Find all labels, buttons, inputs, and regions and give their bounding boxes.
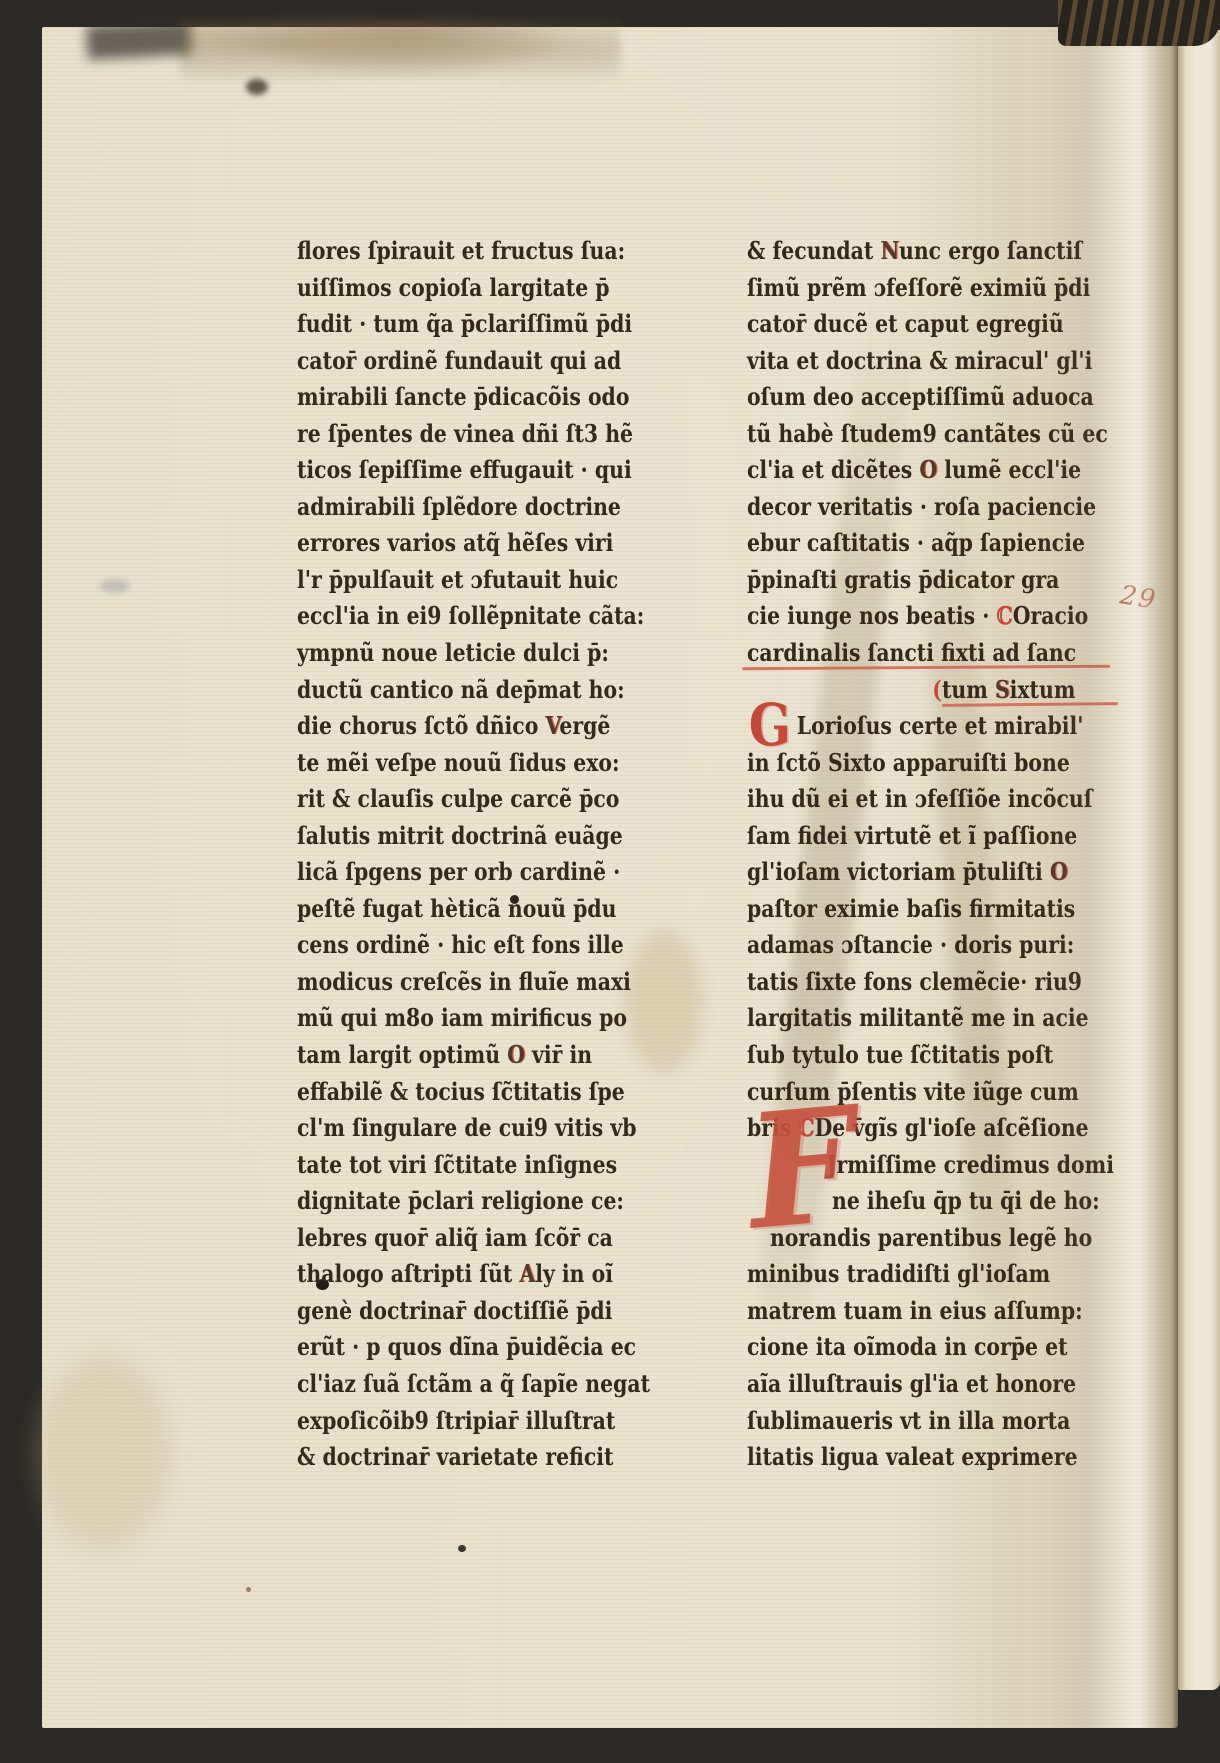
text-segment: p̄pinaſti gratis p̄dicator gra bbox=[747, 565, 1059, 594]
text-segment: litatis ligua valeat exprimere bbox=[747, 1442, 1078, 1471]
text-line: cator̄ ordinẽ fundauit qui ad bbox=[297, 343, 671, 380]
text-line: eccl'ia in ei9 ſollẽpnitate cãta: bbox=[297, 598, 671, 635]
text-line: mũ qui m8o iam mirificus po bbox=[297, 1000, 671, 1037]
text-segment: cator̄ ducẽ et caput egregiũ bbox=[747, 309, 1064, 338]
text-segment: peſtẽ fugat hèticã nouũ p̄du bbox=[297, 894, 616, 923]
text-segment: rit & clauſis culpe carcẽ p̄co bbox=[297, 784, 619, 813]
text-line: paſtor eximie baſis firmitatis bbox=[747, 891, 1121, 928]
text-line: matrem tuam in eius aſſump: bbox=[747, 1293, 1121, 1330]
rubric-segment: O bbox=[919, 455, 937, 484]
text-segment: mũ qui m8o iam mirificus po bbox=[297, 1003, 627, 1032]
text-line: vita et doctrina & miracul' gl'i bbox=[747, 343, 1121, 380]
text-segment: cie iunge nos beatis · bbox=[747, 601, 996, 630]
rubric-segment: O bbox=[507, 1040, 525, 1069]
text-segment: ixtum bbox=[1010, 675, 1076, 704]
text-line: re ſp̄entes de vinea dñi ſt3 hẽ bbox=[297, 416, 671, 453]
text-line: GLorioſus certe et mirabil' bbox=[747, 708, 1121, 745]
text-segment: oſum deo acceptiſſimũ aduoca bbox=[747, 382, 1094, 411]
text-segment: tũ habè ſtudem9 cantãtes cũ ec bbox=[747, 419, 1108, 448]
text-line: ſublimaueris vt in illa morta bbox=[747, 1403, 1121, 1440]
text-line: cens ordinẽ · hic eſt fons ille bbox=[297, 927, 671, 964]
text-line: te mẽi veſpe nouũ ſidus exo: bbox=[297, 745, 671, 782]
text-line: ebur caſtitatis · aq̃p ſapiencie bbox=[747, 525, 1121, 562]
text-segment: Oracio bbox=[1013, 601, 1089, 630]
text-segment: decor veritatis · roſa paciencie bbox=[747, 492, 1096, 521]
photo-background: flores ſpirauit et fructus ſua:uiſſimos … bbox=[0, 0, 1220, 1763]
text-line: decor veritatis · roſa paciencie bbox=[747, 489, 1121, 526]
text-segment: admirabili ſplẽdore doctrine bbox=[297, 492, 621, 521]
text-segment: ebur caſtitatis · aq̃p ſapiencie bbox=[747, 528, 1085, 557]
text-line: cator̄ ducẽ et caput egregiũ bbox=[747, 306, 1121, 343]
rubric-segment: S bbox=[995, 675, 1010, 704]
text-segment: vita et doctrina & miracul' gl'i bbox=[747, 346, 1092, 375]
text-line: die chorus ſctõ dñico Vergẽ bbox=[297, 708, 671, 745]
text-segment: uiſſimos copioſa largitate p̄ bbox=[297, 273, 610, 302]
text-segment: ympnũ noue leticie dulci p̄: bbox=[297, 638, 609, 667]
text-line: tũ habè ſtudem9 cantãtes cũ ec bbox=[747, 416, 1121, 453]
text-column-right: & fecundat Nunc ergo ſanctiſſimũ prẽm ɔf… bbox=[747, 233, 1187, 1476]
text-line: genè doctrinar̄ doctiſſiẽ p̄di bbox=[297, 1293, 671, 1330]
text-line: admirabili ſplẽdore doctrine bbox=[297, 489, 671, 526]
stain-left-margin bbox=[36, 1355, 172, 1551]
text-segment: largitatis militantẽ me in acie bbox=[747, 1003, 1089, 1032]
stain-top-edge bbox=[180, 19, 620, 93]
text-segment: lebres quor̄ aliq̃ iam ſcõr̄ ca bbox=[297, 1223, 613, 1252]
text-line: ihu dũ ei et in ɔfeſſiõe incõcuſ bbox=[747, 781, 1121, 818]
text-line: ſimũ prẽm ɔfeſſorẽ eximiũ p̄di bbox=[747, 270, 1121, 307]
text-line: lebres quor̄ aliq̃ iam ſcõr̄ ca bbox=[297, 1220, 671, 1257]
rubric-segment: A bbox=[519, 1259, 535, 1288]
text-line: & fecundat Nunc ergo ſanctiſ bbox=[747, 233, 1121, 270]
rubric-segment: N bbox=[880, 236, 899, 265]
text-segment: unc ergo ſanctiſ bbox=[899, 236, 1082, 265]
text-line: thalogo aſtripti ſũt Aly in oĩ bbox=[297, 1256, 671, 1293]
text-line: rit & clauſis culpe carcẽ p̄co bbox=[297, 781, 671, 818]
text-segment: cardinalis ſancti fixti ad ſanc bbox=[747, 638, 1076, 667]
text-column-left: flores ſpirauit et fructus ſua:uiſſimos … bbox=[297, 233, 737, 1476]
text-segment: modicus creſcẽs in fluĩe maxi bbox=[297, 967, 631, 996]
text-segment: minibus tradidiſti gl'ioſam bbox=[747, 1259, 1050, 1288]
text-segment: cator̄ ordinẽ fundauit qui ad bbox=[297, 346, 621, 375]
text-line: peſtẽ fugat hèticã nouũ p̄du bbox=[297, 891, 671, 928]
text-segment: tate tot viri ſc̃titate inſignes bbox=[297, 1150, 617, 1179]
text-segment: cens ordinẽ · hic eſt fons ille bbox=[297, 930, 624, 959]
text-segment: matrem tuam in eius aſſump: bbox=[747, 1296, 1083, 1325]
text-line: ticos ſepiſſime effugauit · qui bbox=[297, 452, 671, 489]
text-line: ſam fidei virtutẽ et ĩ paſſione bbox=[747, 818, 1121, 855]
stain-smudge bbox=[100, 579, 130, 593]
text-segment: tum bbox=[942, 675, 995, 704]
book-page: flores ſpirauit et fructus ſua:uiſſimos … bbox=[42, 27, 1178, 1728]
text-line: licã ſpgens per orb cardinẽ · bbox=[297, 854, 671, 891]
text-segment: ly in oĩ bbox=[535, 1259, 613, 1288]
text-segment: in ſctõ Sixto apparuiſti bone bbox=[747, 748, 1070, 777]
text-segment: die chorus ſctõ dñico bbox=[297, 711, 545, 740]
text-segment: gl'ioſam victoriam p̄tuliſti bbox=[747, 857, 1050, 886]
text-line: largitatis militantẽ me in acie bbox=[747, 1000, 1121, 1037]
text-line: cione ita oĩmoda in corp̄e et bbox=[747, 1329, 1121, 1366]
rubric-segment: ( bbox=[932, 675, 942, 704]
rubric-segment: G bbox=[749, 711, 791, 739]
text-line: cl'm ſingulare de cui9 vitis vb bbox=[297, 1110, 671, 1147]
text-line: cie iunge nos beatis · ℂOracio bbox=[747, 598, 1121, 635]
text-segment: genè doctrinar̄ doctiſſiẽ p̄di bbox=[297, 1296, 612, 1325]
ink-blot bbox=[246, 1587, 251, 1592]
text-line: ductũ cantico nã dep̄mat ho: bbox=[297, 672, 671, 709]
text-line: l'r p̄pulſauit et ɔfutauit huic bbox=[297, 562, 671, 599]
text-line: mirabili ſancte p̄dicacõis odo bbox=[297, 379, 671, 416]
text-line: flores ſpirauit et fructus ſua: bbox=[297, 233, 671, 270]
text-segment: & fecundat bbox=[747, 236, 880, 265]
text-line: uiſſimos copioſa largitate p̄ bbox=[297, 270, 671, 307]
text-line: ſalutis mitrit doctrinã euãge bbox=[297, 818, 671, 855]
text-line: tatis ſixte fons clemẽcie· riu9 bbox=[747, 964, 1121, 1001]
text-line: dignitate p̄clari religione ce: bbox=[297, 1183, 671, 1220]
text-segment: cl'iaz ſuã ſctãm a q̃ ſapĩe negat bbox=[297, 1369, 650, 1398]
text-segment: l'r p̄pulſauit et ɔfutauit huic bbox=[297, 565, 618, 594]
text-segment: cl'ia et dicẽtes bbox=[747, 455, 919, 484]
ink-blot bbox=[458, 1545, 466, 1552]
text-segment: ergẽ bbox=[559, 711, 610, 740]
text-line: & doctrinar̄ varietate reficit bbox=[297, 1439, 671, 1476]
text-segment: mirabili ſancte p̄dicacõis odo bbox=[297, 382, 629, 411]
text-line: ympnũ noue leticie dulci p̄: bbox=[297, 635, 671, 672]
text-line: p̄pinaſti gratis p̄dicator gra bbox=[747, 562, 1121, 599]
text-line: minibus tradidiſti gl'ioſam bbox=[747, 1256, 1121, 1293]
text-segment: Lorioſus certe et mirabil' bbox=[797, 711, 1084, 740]
text-segment: eccl'ia in ei9 ſollẽpnitate cãta: bbox=[297, 601, 644, 630]
stain-dark-spot bbox=[246, 79, 268, 95]
text-line: fudit · tum q̃a p̄clariſſimũ p̄di bbox=[297, 306, 671, 343]
text-segment: re ſp̄entes de vinea dñi ſt3 hẽ bbox=[297, 419, 633, 448]
text-segment: ticos ſepiſſime effugauit · qui bbox=[297, 455, 632, 484]
text-segment: erũt · p quos dĩna p̄uidẽcia ec bbox=[297, 1332, 636, 1361]
text-line: errores varios atq̃ hẽſes viri bbox=[297, 525, 671, 562]
text-line: tate tot viri ſc̃titate inſignes bbox=[297, 1147, 671, 1184]
text-segment: adamas ɔſtancie · doris puri: bbox=[747, 930, 1074, 959]
text-segment: expoſicõib9 ſtripiar̄ illuſtrat bbox=[297, 1406, 615, 1435]
text-segment: tam largit optimũ bbox=[297, 1040, 507, 1069]
rubric-segment: V bbox=[545, 711, 559, 740]
text-segment: te mẽi veſpe nouũ ſidus exo: bbox=[297, 748, 620, 777]
text-segment: effabilẽ & tocius ſc̃titatis ſpe bbox=[297, 1077, 625, 1106]
text-segment: ſub tytulo tue ſc̃titatis poſt bbox=[747, 1040, 1053, 1069]
text-segment: licã ſpgens per orb cardinẽ · bbox=[297, 857, 620, 886]
text-line: ſub tytulo tue ſc̃titatis poſt bbox=[747, 1037, 1121, 1074]
text-segment: lumẽ eccl'ie bbox=[937, 455, 1081, 484]
text-segment: ſimũ prẽm ɔfeſſorẽ eximiũ p̄di bbox=[747, 273, 1090, 302]
text-segment: aĩa illuſtrauis gl'ia et honore bbox=[747, 1369, 1076, 1398]
text-segment: fudit · tum q̃a p̄clariſſimũ p̄di bbox=[297, 309, 632, 338]
text-segment: cione ita oĩmoda in corp̄e et bbox=[747, 1332, 1068, 1361]
text-segment: errores varios atq̃ hẽſes viri bbox=[297, 528, 613, 557]
text-segment: ihu dũ ei et in ɔfeſſiõe incõcuſ bbox=[747, 784, 1093, 813]
text-line: effabilẽ & tocius ſc̃titatis ſpe bbox=[297, 1074, 671, 1111]
text-segment: De v̄gĩs gl'ioſe aſcẽſione bbox=[815, 1113, 1089, 1142]
rubric-initial-f: F bbox=[742, 1086, 862, 1252]
marginal-number: 29 bbox=[1118, 580, 1159, 615]
text-line: cl'ia et dicẽtes O lumẽ eccl'ie bbox=[747, 452, 1121, 489]
text-segment: ne iheſu q̄p tu q̄i de ho: bbox=[832, 1186, 1100, 1215]
text-line: erũt · p quos dĩna p̄uidẽcia ec bbox=[297, 1329, 671, 1366]
text-line: adamas ɔſtancie · doris puri: bbox=[747, 927, 1121, 964]
text-segment: ductũ cantico nã dep̄mat ho: bbox=[297, 675, 625, 704]
adjacent-page-edge bbox=[1178, 30, 1220, 1690]
text-line: cl'iaz ſuã ſctãm a q̃ ſapĩe negat bbox=[297, 1366, 671, 1403]
text-segment: dignitate p̄clari religione ce: bbox=[297, 1186, 624, 1215]
text-line: modicus creſcẽs in fluĩe maxi bbox=[297, 964, 671, 1001]
text-line: oſum deo acceptiſſimũ aduoca bbox=[747, 379, 1121, 416]
text-line: litatis ligua valeat exprimere bbox=[747, 1439, 1121, 1476]
text-segment: ſalutis mitrit doctrinã euãge bbox=[297, 821, 623, 850]
text-line: aĩa illuſtrauis gl'ia et honore bbox=[747, 1366, 1121, 1403]
text-line: expoſicõib9 ſtripiar̄ illuſtrat bbox=[297, 1403, 671, 1440]
text-segment: paſtor eximie baſis firmitatis bbox=[747, 894, 1075, 923]
text-segment: thalogo aſtripti ſũt bbox=[297, 1259, 519, 1288]
rubric-segment: O bbox=[1050, 857, 1068, 886]
book-edge-curl bbox=[1058, 0, 1220, 46]
text-line: tam largit optimũ O vir̄ in bbox=[297, 1037, 671, 1074]
stain-top-corner bbox=[86, 20, 192, 59]
text-segment: & doctrinar̄ varietate reficit bbox=[297, 1442, 613, 1471]
text-segment: Jrmiſſime credimus domi bbox=[827, 1150, 1114, 1179]
text-segment: ſam fidei virtutẽ et ĩ paſſione bbox=[747, 821, 1077, 850]
rubric-segment: ℂ bbox=[996, 601, 1012, 630]
text-segment: vir̄ in bbox=[525, 1040, 592, 1069]
text-segment: cl'm ſingulare de cui9 vitis vb bbox=[297, 1113, 636, 1142]
text-line: gl'ioſam victoriam p̄tuliſti O bbox=[747, 854, 1121, 891]
text-segment: ſublimaueris vt in illa morta bbox=[747, 1406, 1070, 1435]
text-segment: tatis ſixte fons clemẽcie· riu9 bbox=[747, 967, 1082, 996]
text-segment: flores ſpirauit et fructus ſua: bbox=[297, 236, 625, 265]
text-line: in ſctõ Sixto apparuiſti bone bbox=[747, 745, 1121, 782]
